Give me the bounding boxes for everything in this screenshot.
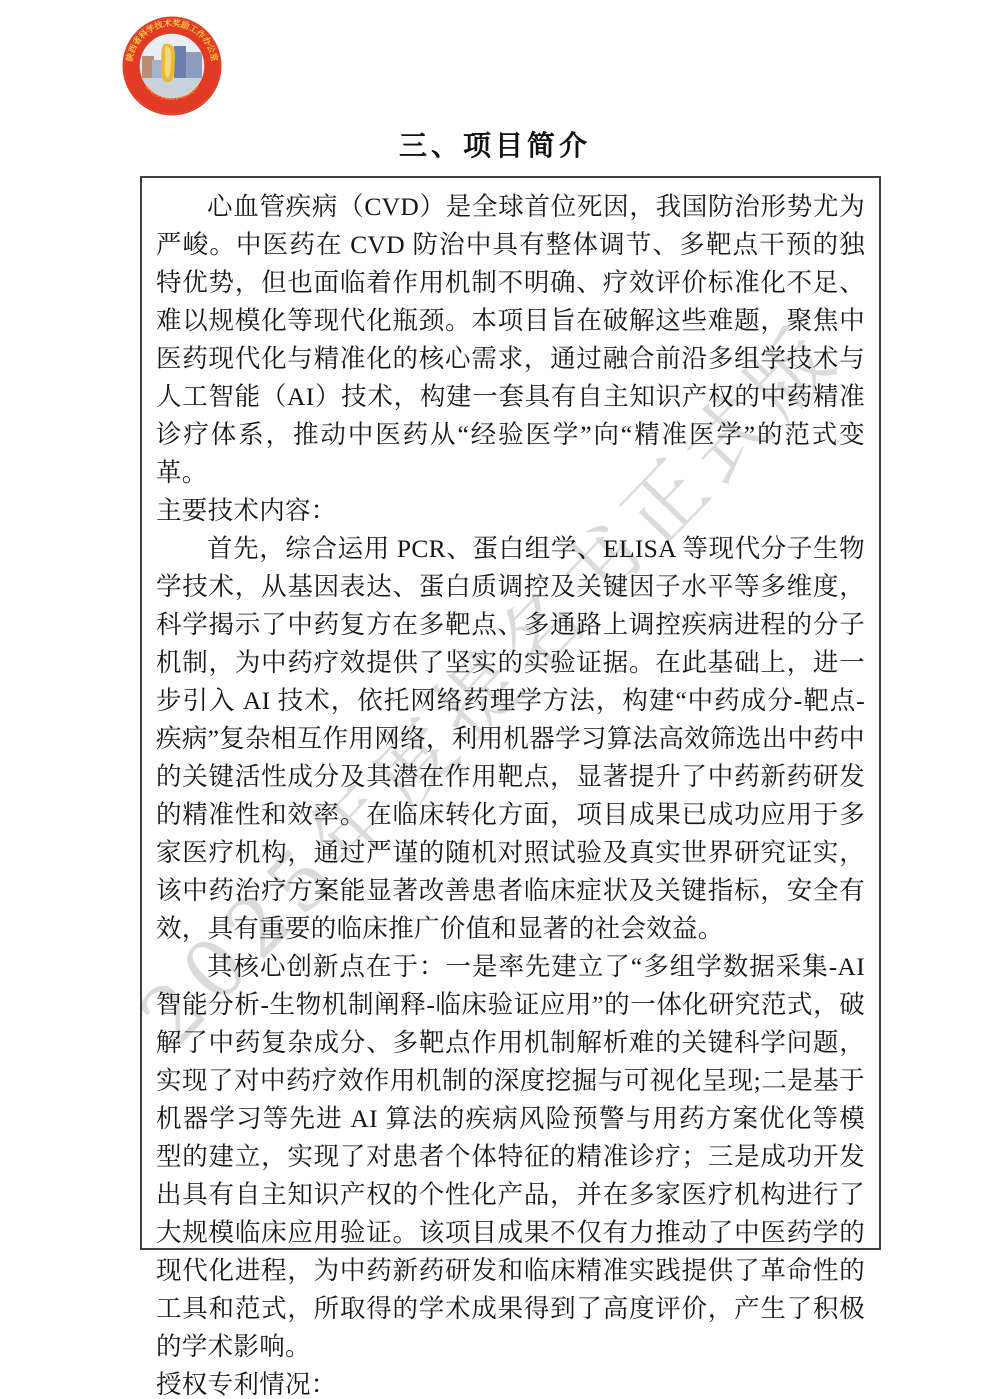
- paragraph-innovations: 其核心创新点在于：一是率先建立了“多组学数据采集-AI 智能分析-生物机制阐释-…: [156, 948, 865, 1366]
- paragraph-heading-main-content: 主要技术内容：: [156, 492, 865, 530]
- document-page: { "document": { "section_title": "三、项目简介…: [0, 0, 990, 1399]
- section-title: 三、项目简介: [0, 124, 990, 164]
- paragraph-heading-patents: 授权专利情况：: [156, 1366, 865, 1399]
- project-summary-box: 心血管疾病（CVD）是全球首位死因，我国防治形势尤为严峻。中医药在 CVD 防治…: [140, 176, 881, 1250]
- office-seal-icon: 陕西省科学技术奖励工作办公室 OFFICE OF SCIENCE & TECHN…: [122, 16, 222, 116]
- paragraph-overview: 心血管疾病（CVD）是全球首位死因，我国防治形势尤为严峻。中医药在 CVD 防治…: [156, 188, 865, 492]
- office-seal: 陕西省科学技术奖励工作办公室 OFFICE OF SCIENCE & TECHN…: [122, 16, 222, 116]
- paragraph-technical-content: 首先，综合运用 PCR、蛋白组学、ELISA 等现代分子生物学技术，从基因表达、…: [156, 530, 865, 948]
